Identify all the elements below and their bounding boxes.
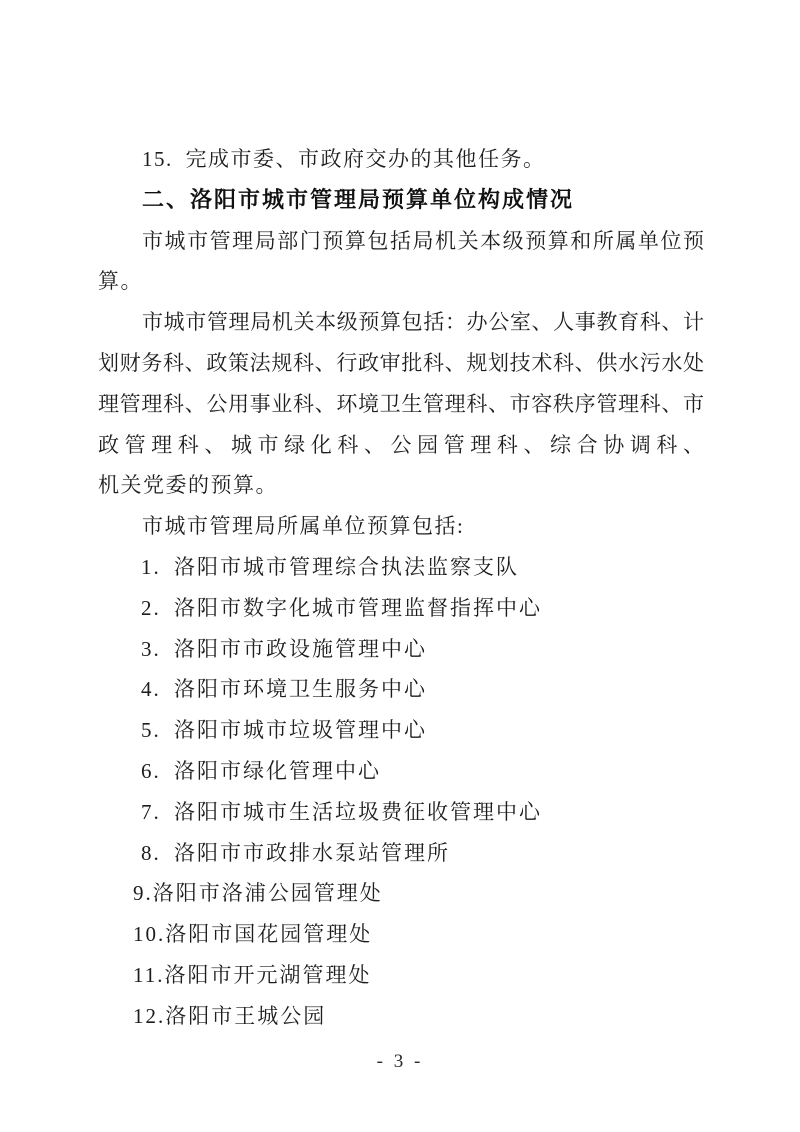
subordinate-unit-item: 12.洛阳市王城公园 bbox=[98, 996, 704, 1037]
subordinate-unit-item: 11.洛阳市开元湖管理处 bbox=[98, 955, 704, 996]
subordinate-unit-item: 10.洛阳市国花园管理处 bbox=[98, 914, 704, 955]
paragraph-bureau-line: 理管理科、公用事业科、环境卫生管理科、市容秩序管理科、市 bbox=[98, 384, 704, 425]
paragraph-bureau-line: 政管理科、城市绿化科、公园管理科、综合协调科、社情民意科、 bbox=[98, 425, 704, 466]
subordinate-unit-item: 5. 洛阳市城市垃圾管理中心 bbox=[98, 710, 704, 751]
paragraph-overview-line: 市城市管理局部门预算包括局机关本级预算和所属单位预 bbox=[98, 221, 704, 262]
paragraph-bureau-line: 市城市管理局机关本级预算包括：办公室、人事教育科、计 bbox=[98, 302, 704, 343]
subordinate-unit-item: 1. 洛阳市城市管理综合执法监察支队 bbox=[98, 547, 704, 588]
page-number: - 3 - bbox=[0, 1042, 800, 1082]
subordinate-unit-item: 4. 洛阳市环境卫生服务中心 bbox=[98, 669, 704, 710]
subordinate-unit-item: 8. 洛阳市市政排水泵站管理所 bbox=[98, 833, 704, 874]
subordinate-unit-item: 2. 洛阳市数字化城市管理监督指挥中心 bbox=[98, 588, 704, 629]
subordinate-unit-item: 7. 洛阳市城市生活垃圾费征收管理中心 bbox=[98, 792, 704, 833]
document-body: 15. 完成市委、市政府交办的其他任务。 二、洛阳市城市管理局预算单位构成情况 … bbox=[98, 139, 704, 1037]
paragraph-overview-line: 算。 bbox=[98, 261, 704, 302]
section-heading: 二、洛阳市城市管理局预算单位构成情况 bbox=[98, 180, 704, 221]
subordinate-unit-item: 3. 洛阳市市政设施管理中心 bbox=[98, 629, 704, 670]
subordinate-unit-item: 9.洛阳市洛浦公园管理处 bbox=[98, 873, 704, 914]
paragraph-bureau-line: 机关党委的预算。 bbox=[98, 465, 704, 506]
document-page: 15. 完成市委、市政府交办的其他任务。 二、洛阳市城市管理局预算单位构成情况 … bbox=[0, 0, 800, 1132]
subordinate-unit-item: 6. 洛阳市绿化管理中心 bbox=[98, 751, 704, 792]
paragraph-bureau-line: 划财务科、政策法规科、行政审批科、规划技术科、供水污水处 bbox=[98, 343, 704, 384]
subordinate-units-intro: 市城市管理局所属单位预算包括: bbox=[98, 506, 704, 547]
task-item-15: 15. 完成市委、市政府交办的其他任务。 bbox=[98, 139, 704, 180]
